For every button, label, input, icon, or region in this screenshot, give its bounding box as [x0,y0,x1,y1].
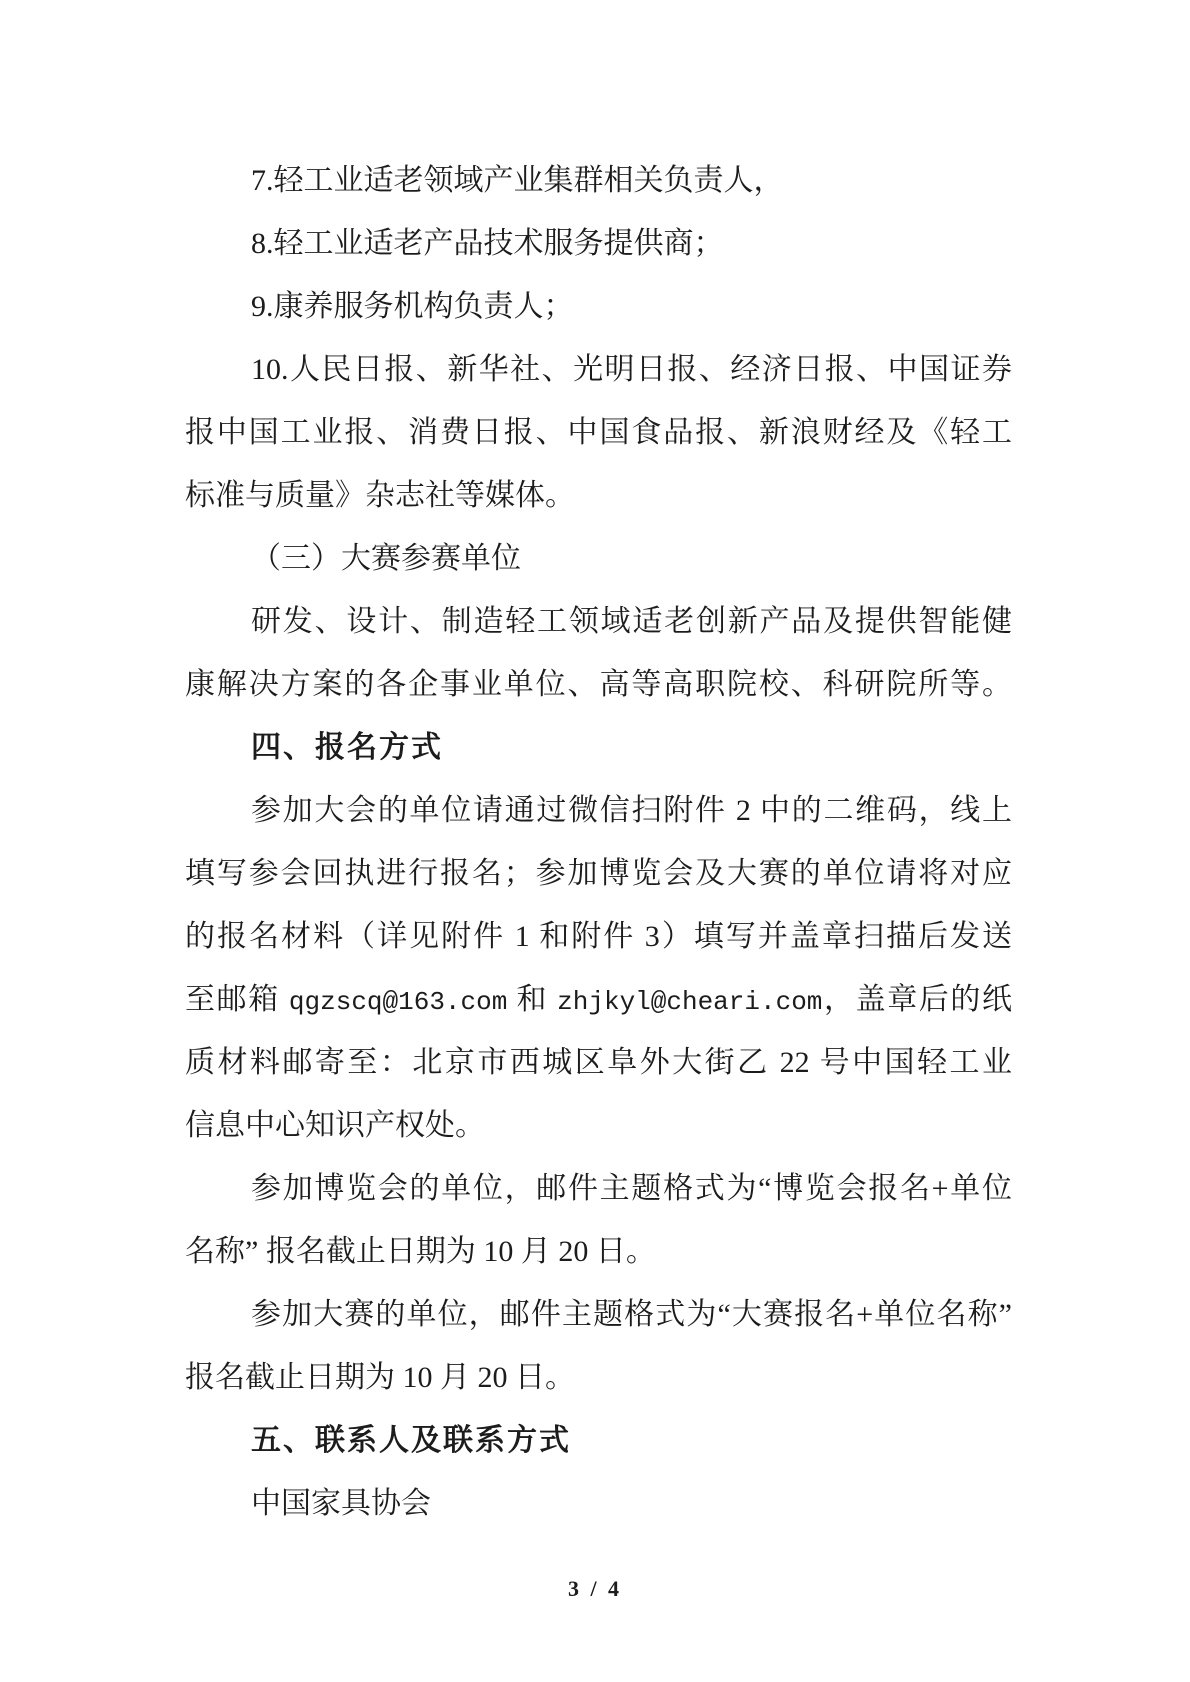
email-line-prefix: 至邮箱 [185,983,289,1016]
section-heading-registration: 四、报名方式 [185,716,1012,779]
paragraph-competition-entities-line-2: 康解决方案的各企事业单位、高等高职院校、科研院所等。 [185,653,1012,716]
scanned-document-page: 7.轻工业适老领域产业集群相关负责人， 8.轻工业适老产品技术服务提供商； 9.… [0,0,1190,1682]
list-item-7: 7.轻工业适老领域产业集群相关负责人， [185,149,1012,212]
paragraph-registration-line-1: 参加大会的单位请通过微信扫附件 2 中的二维码，线上 [185,779,1012,842]
list-item-8: 8.轻工业适老产品技术服务提供商； [185,212,1012,275]
list-item-10-line-3: 标准与质量》杂志社等媒体。 [185,464,1012,527]
section-heading-contacts: 五、联系人及联系方式 [185,1409,1012,1472]
list-item-9: 9.康养服务机构负责人； [185,275,1012,338]
paragraph-competition-deadline-line-2: 报名截止日期为 10 月 20 日。 [185,1346,1012,1409]
list-item-10-line-1: 10.人民日报、新华社、光明日报、经济日报、中国证券 [185,338,1012,401]
document-body: 7.轻工业适老领域产业集群相关负责人， 8.轻工业适老产品技术服务提供商； 9.… [185,149,1012,1535]
paragraph-registration-line-4: 至邮箱 qgzscq@163.com 和 zhjkyl@cheari.com，盖… [185,968,1012,1031]
paragraph-contact-org: 中国家具协会 [185,1472,1012,1535]
email-address-2: zhjkyl@cheari.com [557,987,822,1017]
paragraph-registration-line-3: 的报名材料（详见附件 1 和附件 3）填写并盖章扫描后发送 [185,905,1012,968]
paragraph-expo-deadline-line-1: 参加博览会的单位，邮件主题格式为“博览会报名+单位 [185,1157,1012,1220]
paragraph-registration-line-5: 质材料邮寄至：北京市西城区阜外大街乙 22 号中国轻工业 [185,1031,1012,1094]
list-item-10-line-2: 报中国工业报、消费日报、中国食品报、新浪财经及《轻工 [185,401,1012,464]
page-footer: 3 / 4 [0,1576,1190,1602]
email-address-1: qgzscq@163.com [289,987,507,1017]
paragraph-expo-deadline-line-2: 名称” 报名截止日期为 10 月 20 日。 [185,1220,1012,1283]
page-number: 3 / 4 [568,1576,622,1601]
email-line-mid: 和 [507,983,557,1016]
paragraph-competition-entities-line-1: 研发、设计、制造轻工领域适老创新产品及提供智能健 [185,590,1012,653]
paragraph-competition-deadline-line-1: 参加大赛的单位，邮件主题格式为“大赛报名+单位名称” [185,1283,1012,1346]
subsection-heading-competition-entities: （三）大赛参赛单位 [185,527,1012,590]
paragraph-registration-line-2: 填写参会回执进行报名；参加博览会及大赛的单位请将对应 [185,842,1012,905]
paragraph-registration-line-6: 信息中心知识产权处。 [185,1094,1012,1157]
email-line-suffix: ，盖章后的纸 [822,983,1012,1016]
